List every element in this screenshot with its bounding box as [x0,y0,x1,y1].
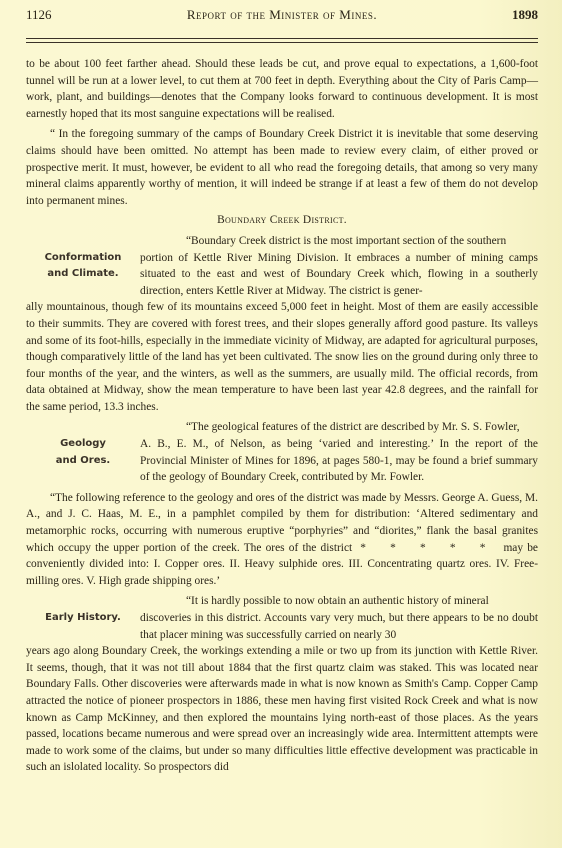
header-rule-thin [26,42,538,43]
header-rule-thick [26,38,538,39]
paragraph-conformation-side: portion of Kettle River Mining Division.… [140,250,538,300]
conformation-block: Conformation and Climate. portion of Ket… [26,250,538,300]
history-block: Early History. discoveries in this distr… [26,610,538,643]
paragraph-guess-haas: “The following reference to the geology … [26,490,538,590]
geology-block: Geology and Ores. A. B., E. M., of Nelso… [26,436,538,486]
paragraph-geology-side: A. B., E. M., of Nelson, as being ‘varie… [140,436,538,486]
body-text: to be about 100 feet farther ahead. Shou… [26,56,538,776]
section-heading: Boundary Creek District. [26,212,538,229]
running-title: Report of the Minister of Mines. [26,7,538,23]
document-page: 1126 Report of the Minister of Mines. 18… [26,0,538,30]
paragraph-foregoing-summary: “ In the foregoing summary of the camps … [26,126,538,209]
paragraph-history-rest: years ago along Boundary Creek, the work… [26,643,538,776]
paragraph-history-side: discoveries in this district. Accounts v… [140,610,538,643]
paragraph-city-of-paris: to be about 100 feet farther ahead. Shou… [26,56,538,122]
paragraph-history-intro: “It is hardly possible to now obtain an … [26,593,538,610]
margin-note-history: Early History. [26,610,140,643]
paragraph-conformation-rest: ally mountainous, though few of its moun… [26,299,538,415]
paragraph-geology-intro: “The geological features of the district… [26,419,538,436]
paragraph-boundary-intro: “Boundary Creek district is the most imp… [26,233,538,250]
report-year: 1898 [512,7,538,23]
margin-note-geology: Geology and Ores. [26,436,140,486]
running-header: 1126 Report of the Minister of Mines. 18… [26,0,538,30]
ellipsis-stars: * * * * * [352,542,503,554]
margin-note-conformation: Conformation and Climate. [26,250,140,300]
